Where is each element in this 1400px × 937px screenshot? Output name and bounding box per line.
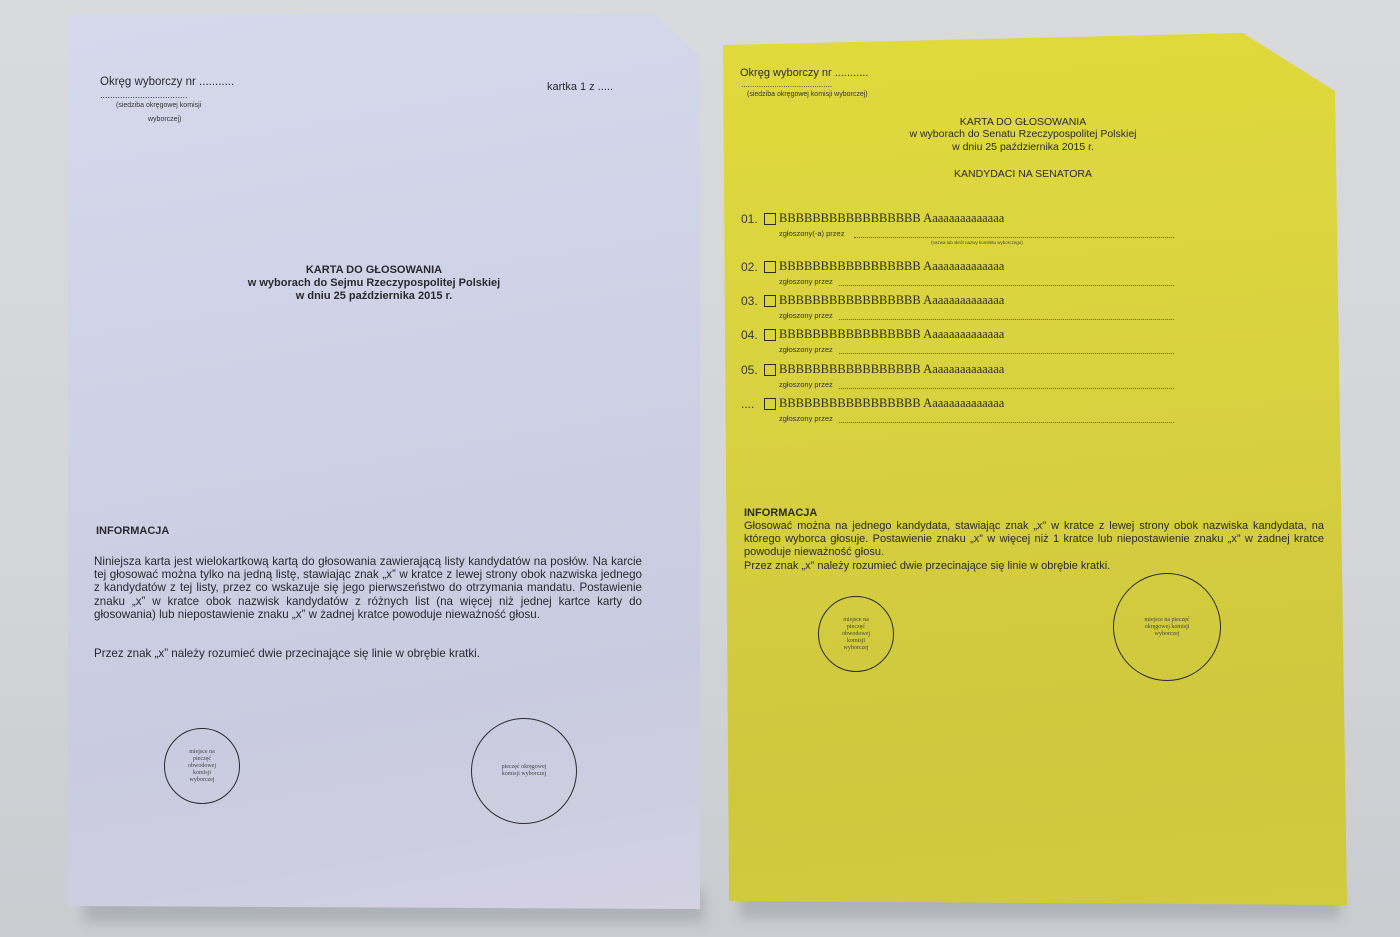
vote-checkbox[interactable] (764, 329, 776, 341)
vote-checkbox[interactable] (764, 261, 776, 273)
stamp-place-precinct-label: miejsce na pieczęć obwodowej komisji wyb… (183, 749, 221, 784)
candidate-number: 01. (741, 212, 758, 226)
candidate-name: BBBBBBBBBBBBBBBBB Aaaaaaaaaaaaaa (779, 259, 1004, 274)
nominated-by-label: zgłoszony przez (779, 414, 833, 423)
x-definition: Przez znak „x” należy rozumieć dwie prze… (94, 647, 480, 660)
vote-checkbox[interactable] (764, 398, 776, 410)
seat-dots: ........................................… (741, 80, 832, 89)
seat-caption-line2: wyborczej) (148, 116, 181, 123)
nominated-by-dotted-line (839, 388, 1174, 389)
nominated-by-dotted-line (839, 285, 1174, 286)
candidate-name: BBBBBBBBBBBBBBBBB Aaaaaaaaaaaaaa (779, 211, 1004, 226)
candidate-number: 04. (741, 328, 758, 342)
nominated-by-label: zgłoszony przez (779, 345, 833, 354)
candidate-name: BBBBBBBBBBBBBBBBB Aaaaaaaaaaaaaa (779, 327, 1004, 342)
ballot-date: w dniu 25 października 2015 r. (873, 141, 1173, 153)
stamp-district-commission-label: miejsce na pieczęć okręgowej komisji wyb… (1139, 617, 1195, 638)
district-label: Okręg wyborczy nr ........... (740, 67, 868, 79)
vote-checkbox[interactable] (764, 295, 776, 307)
ballot-date: w dniu 25 października 2015 r. (68, 290, 680, 302)
stamp-place-precinct-label: miejsce na pieczęć obwodowej komisji wyb… (837, 617, 875, 652)
nominated-by-dotted-line (839, 353, 1174, 354)
sejm-ballot-sheet: Okręg wyborczy nr ........... ..........… (68, 14, 700, 909)
stamp-place-precinct: miejsce na pieczęć obwodowej komisji wyb… (164, 728, 240, 804)
ballot-title: KARTA DO GŁOSOWANIA (873, 116, 1173, 128)
seat-dots: ................................... (100, 90, 188, 100)
candidate-number: 02. (741, 260, 758, 274)
info-paragraph: Niniejsza karta jest wielokartkową kartą… (94, 555, 642, 621)
stamp-district-commission-label: pieczęć okręgowej komisji wyborczej (496, 764, 552, 778)
vote-checkbox[interactable] (764, 364, 776, 376)
senate-ballot-sheet: Okręg wyborczy nr ........... ..........… (723, 33, 1347, 905)
nominated-by-dotted-line (839, 319, 1174, 320)
candidate-number: 05. (741, 363, 758, 377)
nominated-by-label: zgłoszony przez (779, 277, 833, 286)
nominated-by-label: zgłoszony przez (779, 311, 833, 320)
info-heading: INFORMACJA (744, 507, 817, 519)
ballot-subtitle: w wyborach do Senatu Rzeczypospolitej Po… (873, 128, 1173, 140)
district-label: Okręg wyborczy nr ........... (100, 76, 234, 88)
candidate-name: BBBBBBBBBBBBBBBBB Aaaaaaaaaaaaaa (779, 396, 1004, 411)
candidate-name: BBBBBBBBBBBBBBBBB Aaaaaaaaaaaaaa (779, 293, 1004, 308)
nominated-by-dotted-line (839, 422, 1174, 423)
nominated-by-dotted-line (854, 237, 1174, 238)
candidate-number: .... (741, 397, 754, 411)
candidate-name: BBBBBBBBBBBBBBBBB Aaaaaaaaaaaaaa (779, 362, 1004, 377)
section-heading: KANDYDACI NA SENATORA (873, 168, 1173, 180)
ballot-title: KARTA DO GŁOSOWANIA (68, 264, 680, 276)
stamp-place-precinct: miejsce na pieczęć obwodowej komisji wyb… (818, 596, 894, 672)
candidate-number: 03. (741, 294, 758, 308)
ballot-subtitle: w wyborach do Sejmu Rzeczypospolitej Pol… (68, 277, 680, 289)
page-counter: kartka 1 z ..... (547, 81, 613, 93)
vote-checkbox[interactable] (764, 213, 776, 225)
seat-caption: (siedziba okręgowej komisji wyborczej) (747, 91, 868, 98)
x-definition: Przez znak „x” należy rozumieć dwie prze… (744, 560, 1110, 572)
nominated-by-label: zgłoszony przez (779, 380, 833, 389)
stamp-district-commission: miejsce na pieczęć okręgowej komisji wyb… (1113, 573, 1221, 681)
nominated-by-label: zgłoszony(-a) przez (779, 229, 844, 238)
committee-name-note: (nazwa lub skrót nazwy komitetu wyborcze… (931, 240, 1023, 245)
stamp-district-commission: pieczęć okręgowej komisji wyborczej (471, 718, 577, 824)
info-heading: INFORMACJA (96, 525, 169, 537)
seat-caption-line1: (siedziba okręgowej komisji (116, 102, 201, 109)
info-paragraph: Głosować można na jednego kandydata, sta… (744, 520, 1324, 560)
